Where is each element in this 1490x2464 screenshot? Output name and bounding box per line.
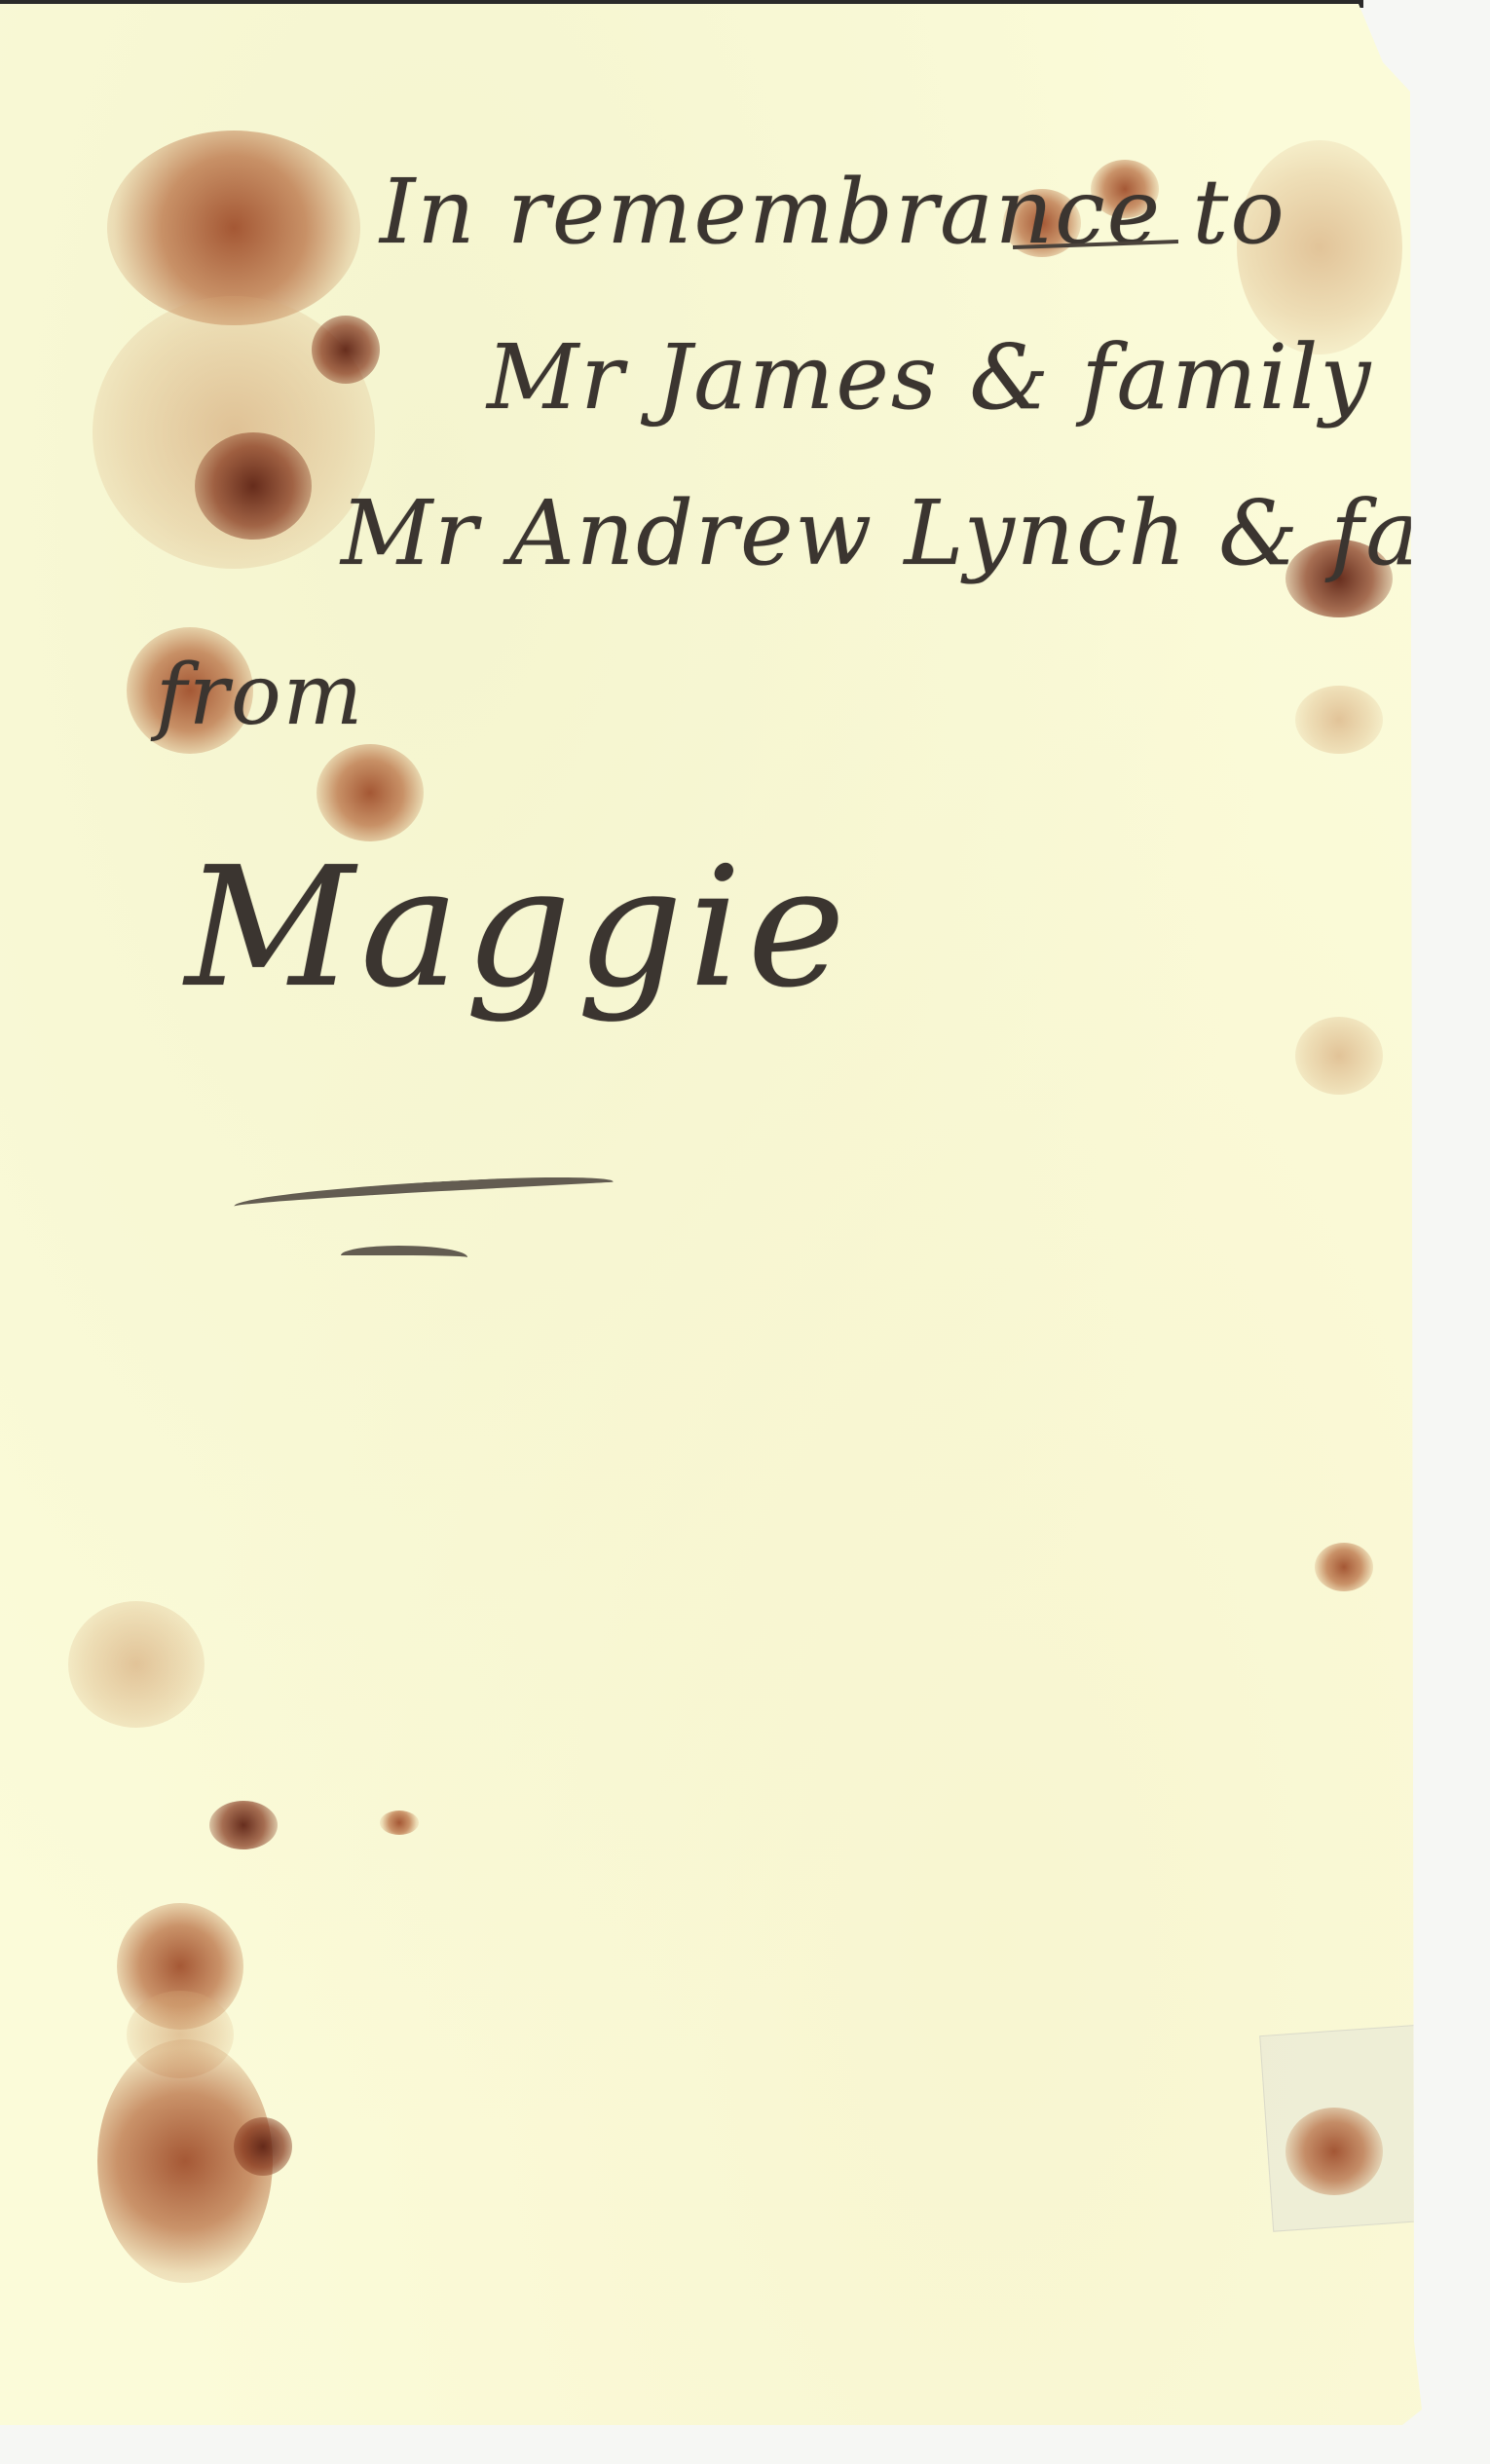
stain-right-faint (1295, 686, 1383, 754)
stain-on-tape (1285, 2108, 1383, 2195)
line-james-family: Mr James & family (487, 325, 1372, 429)
stain-from (317, 744, 424, 841)
card-back: In remembrance to Mr James & family Mr A… (0, 4, 1424, 2425)
signature-underline-short (341, 1246, 467, 1267)
stain-right-mid (1295, 1017, 1383, 1095)
signature-underline (234, 1173, 615, 1215)
stain-bottom-left-5 (234, 2117, 292, 2176)
line-andrew-lynch-family: Mr Andrew Lynch & family (341, 481, 1490, 585)
stain-left-small (312, 316, 380, 384)
stain-bottom-spot (380, 1811, 419, 1835)
stain-right-spot (1315, 1543, 1373, 1591)
line-remembrance: In remembrance to (380, 160, 1286, 264)
signature-maggie: Maggie (185, 832, 851, 1025)
line-from: from (156, 647, 364, 744)
stain-bottom-left-1 (209, 1801, 278, 1849)
stain-left-dark (195, 432, 312, 540)
stain-left-faint (68, 1601, 205, 1728)
